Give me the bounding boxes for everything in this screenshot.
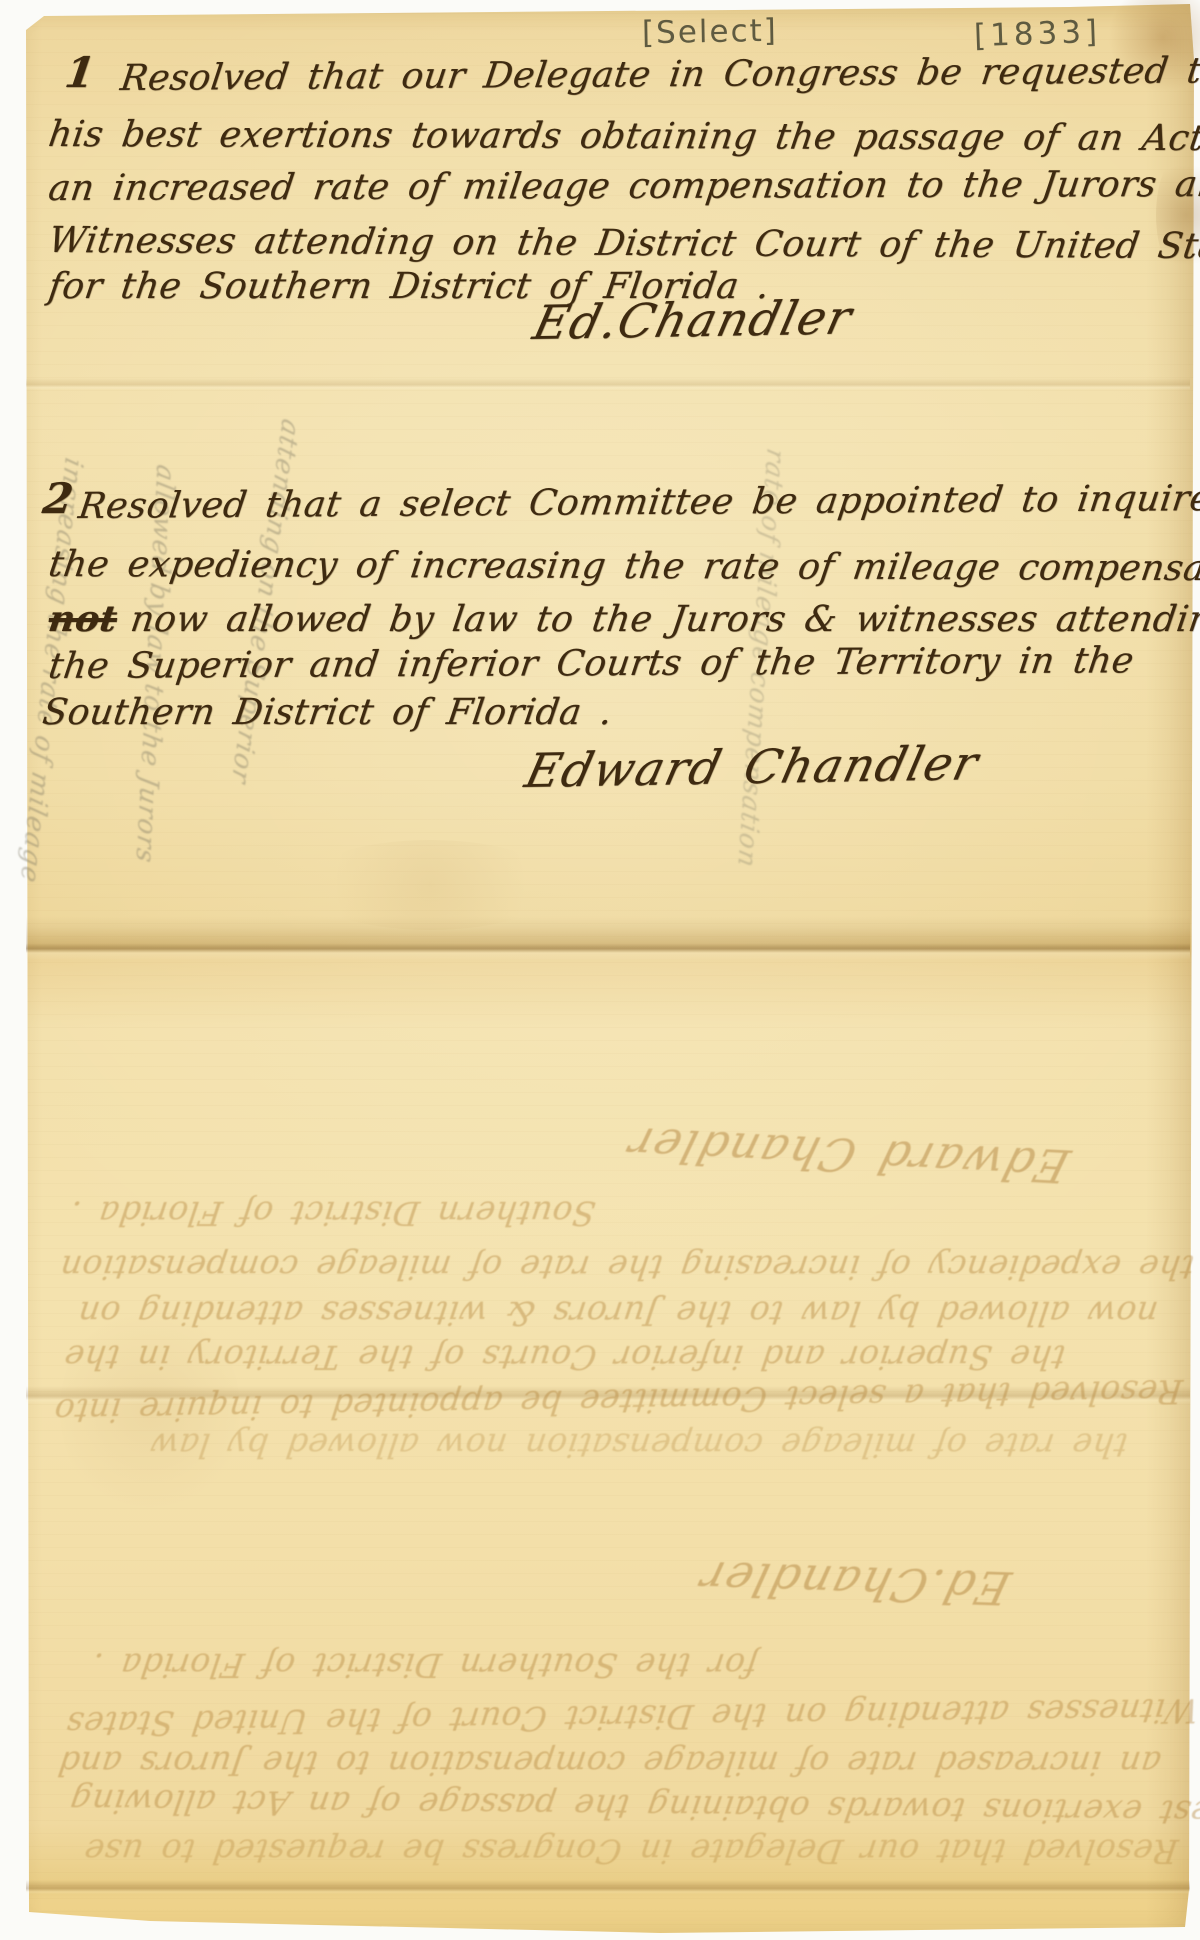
scanned-document-page: increasing the rate of mileage allowed b…	[0, 0, 1200, 1940]
paper-edge-shading	[0, 0, 1200, 1940]
